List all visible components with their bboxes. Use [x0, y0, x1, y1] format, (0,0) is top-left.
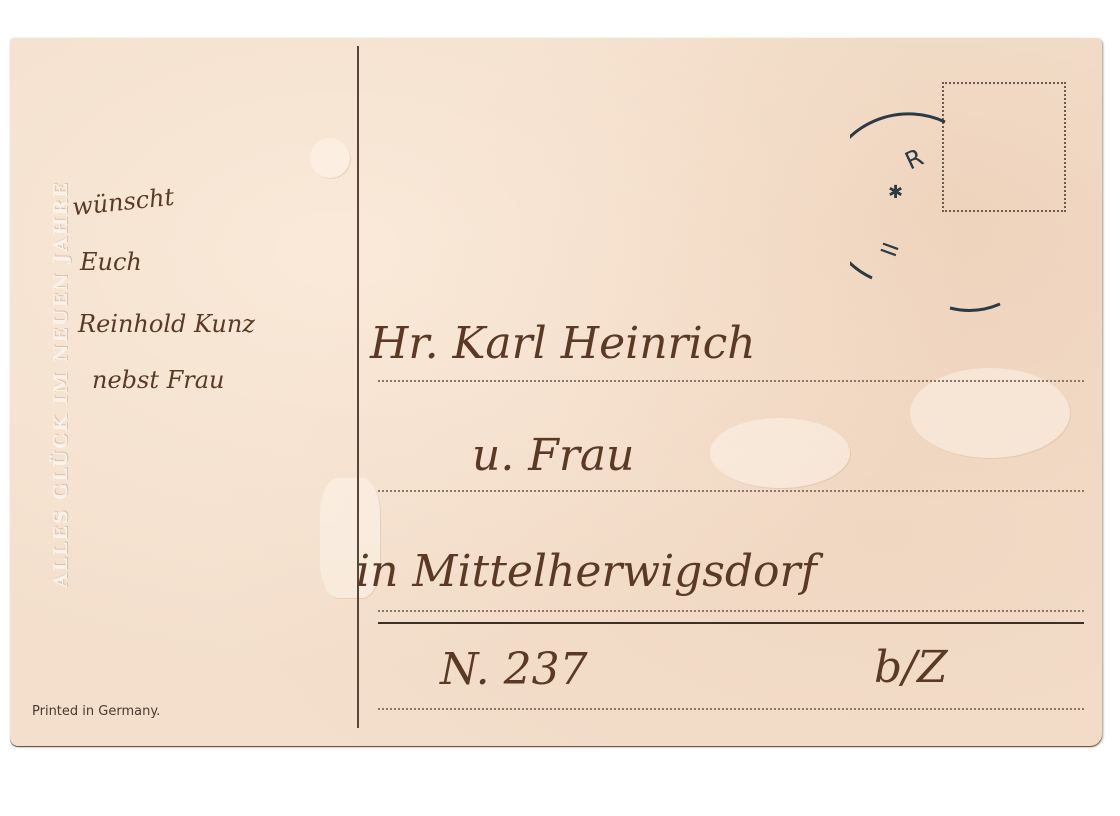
embossed-ornament: [710, 418, 850, 488]
address-line-rule: [378, 380, 1084, 382]
message-line: Reinhold Kunz: [78, 310, 255, 338]
address-line-rule: [378, 490, 1084, 492]
vertical-divider: [357, 46, 359, 728]
address-line-rule: [378, 610, 1084, 612]
address-underline: [378, 622, 1084, 624]
address-recipient-2: u. Frau: [472, 430, 634, 481]
address-line-rule: [378, 708, 1084, 710]
postcard: ALLES GLÜCK IM NEUEN JAHRE wünscht Euch …: [10, 38, 1102, 746]
postmark-icon: R ✱ II: [850, 78, 1010, 328]
address-town: in Mittelherwigsdorf: [356, 546, 817, 597]
address-house-number: N. 237: [440, 644, 588, 695]
address-note: b/Z: [874, 642, 948, 693]
printed-in-germany-imprint: Printed in Germany.: [32, 704, 160, 719]
svg-text:II: II: [877, 240, 905, 261]
svg-text:✱: ✱: [888, 182, 903, 203]
address-recipient: Hr. Karl Heinrich: [370, 318, 756, 369]
svg-text:R: R: [901, 143, 928, 175]
embossed-ornament: [310, 138, 350, 178]
message-line: Euch: [80, 248, 142, 276]
message-line: nebst Frau: [92, 366, 225, 394]
